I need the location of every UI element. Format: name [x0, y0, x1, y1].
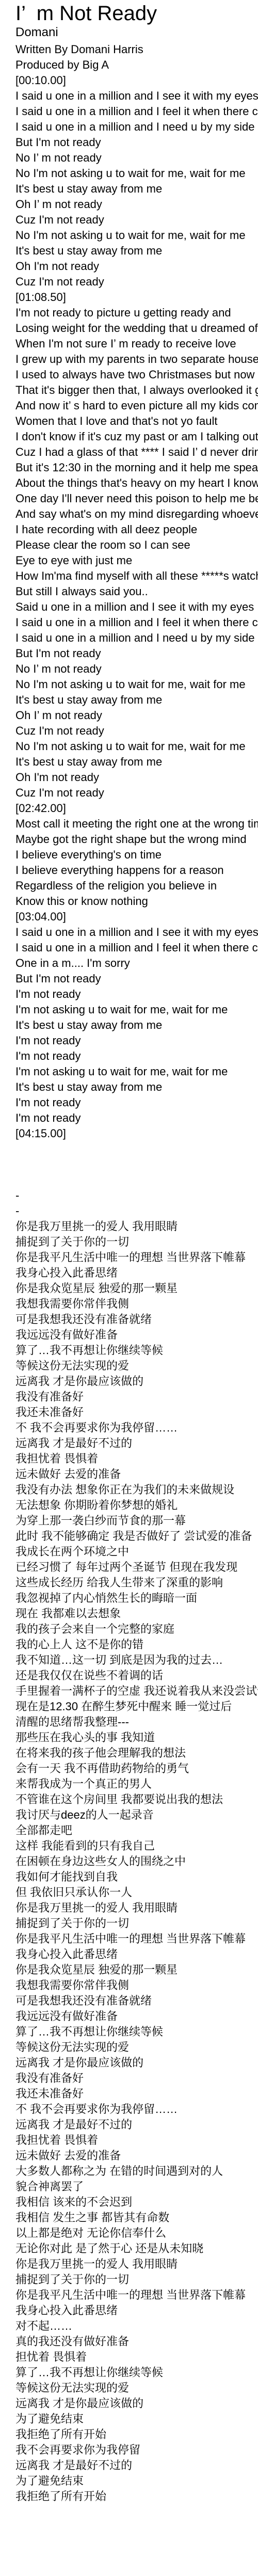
lyric-line: It's best u stay away from me	[15, 692, 258, 708]
lyric-line: 真的我还没有做好准备	[15, 2334, 258, 2349]
lyric-line: 远离我 才是你最应该做的	[15, 2055, 258, 2071]
lyric-line: Cuz I'm not ready	[15, 274, 258, 290]
lyric-line: I said u one in a million and I see it w…	[15, 925, 258, 940]
lyric-line	[15, 1172, 258, 1188]
lyric-line: 我没有办法 想象你正在为我们的未来做规设	[15, 1482, 258, 1498]
lyric-line: 算了…我不再想让你继续等候	[15, 1343, 258, 1358]
lyric-line: 已经习惯了 每年过两个圣诞节 但现在我发现	[15, 1560, 258, 1575]
lyric-line: It's best u stay away from me	[15, 181, 258, 197]
lyric-line: 我相信 该来的不会迟到	[15, 2195, 258, 2210]
lyric-line: Eye to eye with just me	[15, 553, 258, 568]
lyric-line: 等候这份无法实现的爱	[15, 2380, 258, 2396]
lyric-line: I'm not asking u to wait for me, wait fo…	[15, 1064, 258, 1079]
lyric-line: But it's 12:30 in the morning and it hel…	[15, 460, 258, 475]
lyric-line: 为了避免结束	[15, 2473, 258, 2489]
lyric-line: 远离我 才是你最应该做的	[15, 1374, 258, 1389]
lyric-line: 我的孩子会来自一个完整的家庭	[15, 1621, 258, 1637]
lyric-line: 你是我平凡生活中唯一的理想 当世界落下帷幕	[15, 1250, 258, 1265]
lyric-line: 此时 我不能够确定 我是否做好了 尝试爱的准备	[15, 1529, 258, 1544]
lyric-line: No I'm not asking u to wait for me, wait…	[15, 677, 258, 692]
lyric-line: But I'm not ready	[15, 971, 258, 987]
lyric-line: 远离我 才是最好不过的	[15, 2117, 258, 2133]
lyric-line	[15, 1141, 258, 1157]
artist-name: Domani	[15, 25, 258, 40]
lyric-line: 你是我平凡生活中唯一的理想 当世界落下帷幕	[15, 1931, 258, 1947]
lyric-line: I grew up with my parents in two separat…	[15, 352, 258, 367]
lyric-line: 会有一天 我不再借助药物给的勇气	[15, 1761, 258, 1776]
lyric-line: 你是我万里挑一的爱人 我用眼睛	[15, 1219, 258, 1234]
lyric-line: 算了…我不再想让你继续等候	[15, 2024, 258, 2040]
lyric-line: When I'm not sure I’ m ready to receive …	[15, 336, 258, 352]
lyric-line: Losing weight for the wedding that u dre…	[15, 321, 258, 336]
lyric-line: It's best u stay away from me	[15, 243, 258, 259]
lyric-line: 我身心投入此番思绪	[15, 1265, 258, 1281]
lyric-line: 我拒绝了所有开始	[15, 2489, 258, 2504]
lyric-line: 以上都是绝对 无论你信奉什么	[15, 2225, 258, 2241]
lyric-line: That it's bigger then that, I always ove…	[15, 383, 258, 398]
lyric-line: 我远远没有做好准备	[15, 1327, 258, 1343]
lyric-line: I said u one in a million and I feel it …	[15, 615, 258, 630]
lyric-line: 我不知道…这一切 到底是因为我的过去…	[15, 1652, 258, 1668]
lyric-line: 为穿上那一袭白纱而节食的那一幕	[15, 1513, 258, 1529]
lyric-line: Cuz I'm not ready	[15, 212, 258, 228]
lyric-line: 等候这份无法实现的爱	[15, 1358, 258, 1374]
lyric-line: 远未做好 去爱的准备	[15, 1467, 258, 1482]
lyric-line: But I'm not ready	[15, 135, 258, 150]
lyric-line: -	[15, 1188, 258, 1203]
lyric-line: 我还未准备好	[15, 1405, 258, 1420]
lyric-line: 我想我需要你常伴我侧	[15, 1296, 258, 1312]
lyric-line: No I’ m not ready	[15, 661, 258, 677]
lyric-line: 这些成长经历 给我人生带来了深重的影响	[15, 1575, 258, 1591]
lyrics-body: Written By Domani HarrisProduced by Big …	[15, 42, 258, 2504]
lyric-line: 无法想象 你期盼着你梦想的婚礼	[15, 1498, 258, 1513]
lyric-line: Oh I'm not ready	[15, 770, 258, 785]
lyric-line: 我相信 发生之事 都皆其有命数	[15, 2210, 258, 2225]
lyric-line: 在困顿在身边这些女人的围绕之中	[15, 1854, 258, 1869]
lyric-line: 不管谁在这个房间里 我都要说出我的想法	[15, 1792, 258, 1807]
lyric-line: 在将来我的孩子他会理解我的想法	[15, 1745, 258, 1761]
lyric-line: It's best u stay away from me	[15, 754, 258, 770]
lyric-line: [03:04.00]	[15, 909, 258, 925]
lyric-line: 我身心投入此番思绪	[15, 2303, 258, 2318]
lyric-line: 那些压在我心头的事 我知道	[15, 1730, 258, 1745]
lyric-line: No I'm not asking u to wait for me, wait…	[15, 228, 258, 243]
lyric-line: [04:15.00]	[15, 1126, 258, 1141]
lyric-line: [02:42.00]	[15, 801, 258, 816]
lyric-line: Most call it meeting the right one at th…	[15, 816, 258, 832]
lyric-line: 你是我平凡生活中唯一的理想 当世界落下帷幕	[15, 2287, 258, 2303]
song-title: I’ m Not Ready	[15, 2, 258, 25]
lyric-line: No I'm not asking u to wait for me, wait…	[15, 166, 258, 181]
lyric-line: I said u one in a million and I feel it …	[15, 940, 258, 956]
lyric-line: Cuz I had a glass of that **** I said I’…	[15, 444, 258, 460]
lyric-line: And say what's on my mind disregarding w…	[15, 506, 258, 522]
lyric-line: No I'm not asking u to wait for me, wait…	[15, 739, 258, 754]
lyric-line: 等候这份无法实现的爱	[15, 2040, 258, 2055]
lyric-line: I'm not ready	[15, 1095, 258, 1110]
lyric-line: 你是我众览星辰 独爱的那一颗星	[15, 1281, 258, 1296]
lyric-line: I hate recording with all deez people	[15, 522, 258, 537]
lyric-line: 你是我万里挑一的爱人 我用眼睛	[15, 1900, 258, 1916]
lyric-line: Said u one in a million and I see it wit…	[15, 599, 258, 615]
lyric-line: It's best u stay away from me	[15, 1017, 258, 1033]
lyric-line: 貌合神离罢了	[15, 2179, 258, 2195]
lyric-line: 但 我依旧只承认你一人	[15, 1885, 258, 1900]
lyric-line: 这样 我能看到的只有我自己	[15, 1838, 258, 1854]
lyric-line: [00:10.00]	[15, 73, 258, 88]
lyric-line: 可是我想我还没有准备就绪	[15, 1993, 258, 2009]
lyric-line: 大多数人都称之为 在错的时间遇到对的人	[15, 2164, 258, 2179]
lyric-line: 担忧着 畏惧着	[15, 2349, 258, 2365]
lyrics-page: I’ m Not Ready Domani Written By Domani …	[0, 0, 258, 2504]
lyric-line: I believe everything happens for a reaso…	[15, 863, 258, 878]
lyric-line: I said u one in a million and I see it w…	[15, 88, 258, 104]
lyric-line: Maybe got the right shape but the wrong …	[15, 832, 258, 847]
lyric-line: I said u one in a million and I feel it …	[15, 104, 258, 119]
lyric-line: I'm not ready	[15, 1048, 258, 1064]
lyric-line: Know this or know nothing	[15, 894, 258, 909]
lyric-line: I'm not ready	[15, 987, 258, 1002]
lyric-line: Oh I'm not ready	[15, 259, 258, 274]
lyric-line: One day I'll never need this poison to h…	[15, 491, 258, 506]
lyric-line: 捕捉到了关于你的一切	[15, 2272, 258, 2287]
lyric-line: 捕捉到了关于你的一切	[15, 1916, 258, 1931]
lyric-line: Produced by Big A	[15, 57, 258, 73]
lyric-line: I said u one in a million and I need u b…	[15, 630, 258, 646]
lyric-line: One in a m.... I'm sorry	[15, 956, 258, 971]
lyric-line: But I'm not ready	[15, 646, 258, 661]
lyric-line: No I’ m not ready	[15, 150, 258, 166]
lyric-line: 我想我需要你常伴我侧	[15, 1978, 258, 1993]
lyric-line: 不 我不会再要求你为我停留……	[15, 1420, 258, 1436]
lyric-line: I'm not asking u to wait for me, wait fo…	[15, 1002, 258, 1017]
lyric-line: 远离我 才是你最应该做的	[15, 2396, 258, 2411]
lyric-line: 我如何才能找到自我	[15, 1869, 258, 1885]
lyric-line: 为了避免结束	[15, 2411, 258, 2427]
lyric-line: But still I always said you..	[15, 584, 258, 599]
lyric-line: I'm not ready	[15, 1110, 258, 1126]
lyric-line: Cuz I'm not ready	[15, 723, 258, 739]
lyric-line: 不 我不会再要求你为我停留……	[15, 2102, 258, 2117]
lyric-line: I'm not ready	[15, 1033, 258, 1048]
lyric-line: Oh I’ m not ready	[15, 197, 258, 212]
lyric-line: 我不会再要求你为我停留	[15, 2442, 258, 2458]
lyric-line: 无论你对此 是了然于心 还是从未知晓	[15, 2241, 258, 2256]
lyric-line: 我拒绝了所有开始	[15, 2427, 258, 2442]
lyric-line: Women that I love and that's not yo faul…	[15, 414, 258, 429]
lyric-line: Cuz I'm not ready	[15, 785, 258, 801]
lyric-line: About the things that's heavy on my hear…	[15, 475, 258, 491]
lyric-line: 现在 我都难以去想象	[15, 1606, 258, 1621]
lyric-line: 算了…我不再想让你继续等候	[15, 2365, 258, 2380]
lyric-line: 我没有准备好	[15, 2071, 258, 2086]
lyric-line: 全部都走吧	[15, 1823, 258, 1838]
lyric-line: 我身心投入此番思绪	[15, 1947, 258, 1962]
lyric-line	[15, 1157, 258, 1172]
lyric-line: 你是我众览星辰 独爱的那一颗星	[15, 1962, 258, 1978]
lyric-line: 现在是12.30 在醉生梦死中醒来 睡一觉过后	[15, 1699, 258, 1714]
lyric-line: Please clear the room so I can see	[15, 537, 258, 553]
lyric-line: And now it’ s hard to even picture all m…	[15, 398, 258, 414]
lyric-line: 我的心上人 这不是你的错	[15, 1637, 258, 1652]
lyric-line: 我担忧着 畏惧着	[15, 1451, 258, 1467]
lyric-line: 清醒的思绪帮我整理---	[15, 1714, 258, 1730]
lyric-line: 我没有准备好	[15, 1389, 258, 1405]
lyric-line: 来帮我成为一个真正的男人	[15, 1776, 258, 1792]
lyric-line: Written By Domani Harris	[15, 42, 258, 57]
lyric-line: 捕捉到了关于你的一切	[15, 1234, 258, 1250]
lyric-line: 远离我 才是最好不过的	[15, 2458, 258, 2473]
lyric-line: 我还未准备好	[15, 2086, 258, 2102]
lyric-line: 可是我想我还没有准备就绪	[15, 1312, 258, 1327]
lyric-line: I said u one in a million and I need u b…	[15, 119, 258, 135]
lyric-line: 手里握着一满杯子的空虚 我还说着我从来没尝试饮取	[15, 1683, 258, 1699]
lyric-line: [01:08.50]	[15, 290, 258, 305]
lyric-line: 对不起……	[15, 2318, 258, 2334]
lyric-line: 我讨厌与deez的人一起录音	[15, 1807, 258, 1823]
lyric-line: 我远远没有做好准备	[15, 2009, 258, 2024]
lyric-line: 远离我 才是最好不过的	[15, 1436, 258, 1451]
lyric-line: 我担忧着 畏惧着	[15, 2133, 258, 2148]
lyric-line: How Im'ma find myself with all these ***…	[15, 568, 258, 584]
lyric-line: 你是我万里挑一的爱人 我用眼睛	[15, 2256, 258, 2272]
lyric-line: Oh I’ m not ready	[15, 708, 258, 723]
lyric-line: 我成长在两个环境之中	[15, 1544, 258, 1560]
lyric-line: 还是我仅仅在说些不着调的话	[15, 1668, 258, 1683]
lyric-line: I'm not ready to picture u getting ready…	[15, 305, 258, 321]
lyric-line: I don't know if it's cuz my past or am I…	[15, 429, 258, 444]
lyric-line: It's best u stay away from me	[15, 1079, 258, 1095]
lyric-line: I used to always have two Christmases bu…	[15, 367, 258, 383]
lyric-line: -	[15, 1203, 258, 1219]
lyric-line: 远未做好 去爱的准备	[15, 2148, 258, 2164]
lyric-line: I believe everything's on time	[15, 847, 258, 863]
lyric-line: Regardless of the religion you believe i…	[15, 878, 258, 894]
lyric-line: 我忽视掉了内心悄然生长的晦暗一面	[15, 1591, 258, 1606]
